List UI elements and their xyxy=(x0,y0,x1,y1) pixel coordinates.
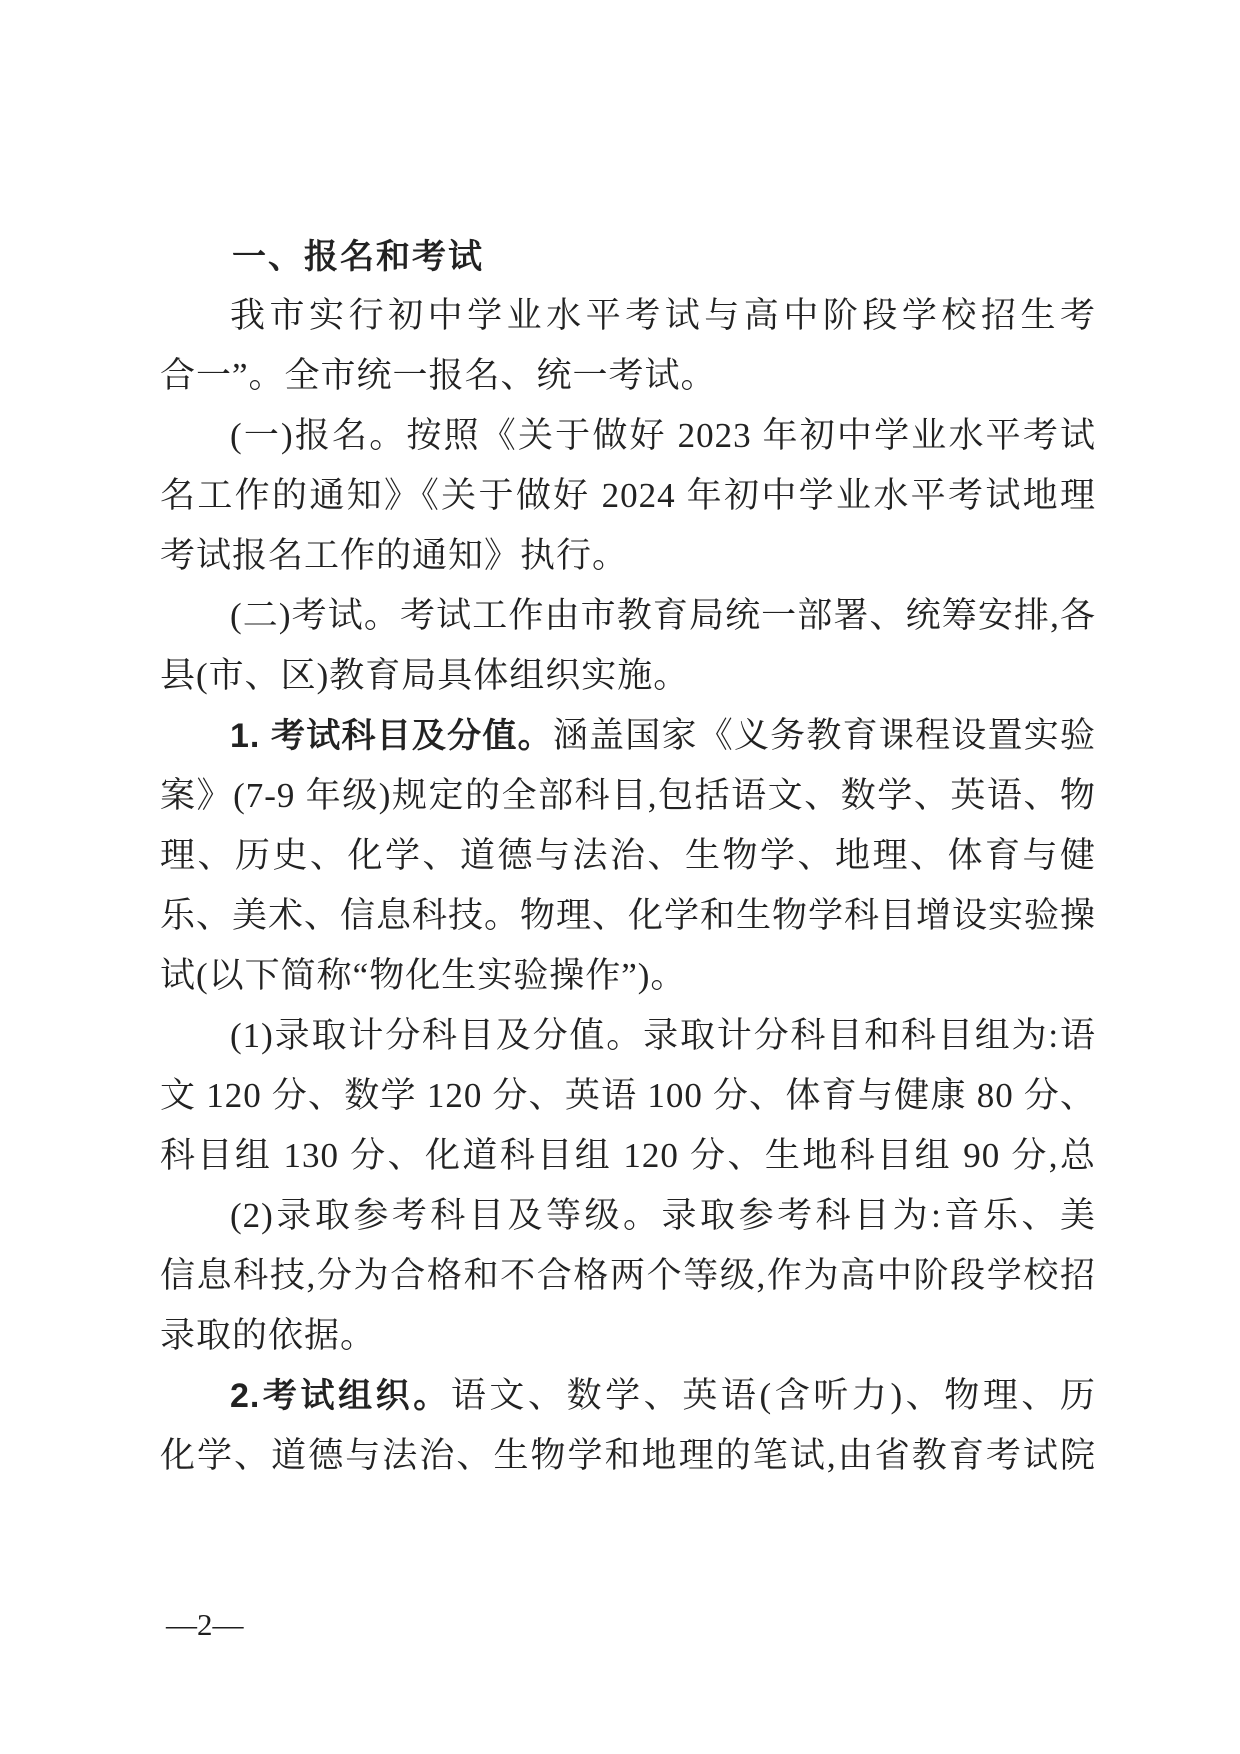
text-line: 合一”。全市统一报名、统一考试。 xyxy=(160,346,1096,406)
text-run: 试(以下简称“物化生实验操作”)。 xyxy=(160,956,686,995)
text-line: 化学、道德与法治、生物学和地理的笔试,由省教育考试院统一 xyxy=(160,1426,1096,1486)
text-line: 2.考试组织。语文、数学、英语(含听力)、物理、历史、 xyxy=(160,1366,1096,1426)
text-line: (二)考试。考试工作由市教育局统一部署、统筹安排,各 xyxy=(160,586,1096,646)
section-heading: 一、报名和考试 xyxy=(160,226,1096,286)
page-number: —2— xyxy=(166,1604,244,1646)
text-run: 科目组 130 分、化道科目组 120 分、生地科目组 90 分,总分 760。 xyxy=(160,1136,1096,1186)
text-line: 县(市、区)教育局具体组织实施。 xyxy=(160,646,1096,706)
text-run: 合一”。全市统一报名、统一考试。 xyxy=(160,356,717,395)
text-line: 案》(7-9 年级)规定的全部科目,包括语文、数学、英语、物 xyxy=(160,766,1096,826)
text-line: 科目组 130 分、化道科目组 120 分、生地科目组 90 分,总分 760。 xyxy=(160,1126,1096,1186)
document-page: 一、报名和考试我市实行初中学业水平考试与高中阶段学校招生考试“两考合一”。全市统… xyxy=(0,0,1240,1754)
text-run: 文 120 分、数学 120 分、英语 100 分、体育与健康 80 分、物史 xyxy=(160,1076,1096,1126)
text-line: (1)录取计分科目及分值。录取计分科目和科目组为:语 xyxy=(160,1006,1096,1066)
text-run: 信息科技,分为合格和不合格两个等级,作为高中阶段学校招生 xyxy=(160,1256,1096,1306)
text-line: (一)报名。按照《关于做好 2023 年初中学业水平考试报 xyxy=(160,406,1096,466)
text-run: 县(市、区)教育局具体组织实施。 xyxy=(160,656,689,695)
text-line: 理、历史、化学、道德与法治、生物学、地理、体育与健康、音 xyxy=(160,826,1096,886)
text-run: 案》(7-9 年级)规定的全部科目,包括语文、数学、英语、物 xyxy=(160,776,1096,815)
text-run: (2)录取参考科目及等级。录取参考科目为:音乐、美术、 xyxy=(160,1196,1096,1246)
text-line: 录取的依据。 xyxy=(160,1306,1096,1366)
text-run: 考试报名工作的通知》执行。 xyxy=(160,536,628,575)
text-run: (一)报名。按照《关于做好 2023 年初中学业水平考试报 xyxy=(160,416,1096,466)
text-line: 名工作的通知》《关于做好 2024 年初中学业水平考试地理等科目 xyxy=(160,466,1096,526)
document-content: 一、报名和考试我市实行初中学业水平考试与高中阶段学校招生考试“两考合一”。全市统… xyxy=(160,226,1096,1486)
text-run: 化学、道德与法治、生物学和地理的笔试,由省教育考试院统一 xyxy=(160,1436,1096,1486)
text-run: 理、历史、化学、道德与法治、生物学、地理、体育与健康、音 xyxy=(160,836,1096,886)
text-run: (二)考试。考试工作由市教育局统一部署、统筹安排,各 xyxy=(230,596,1096,635)
text-run: 录取的依据。 xyxy=(160,1316,376,1355)
text-line: 乐、美术、信息科技。物理、化学和生物学科目增设实验操作考 xyxy=(160,886,1096,946)
text-run: 乐、美术、信息科技。物理、化学和生物学科目增设实验操作考 xyxy=(160,896,1096,946)
text-line: 信息科技,分为合格和不合格两个等级,作为高中阶段学校招生 xyxy=(160,1246,1096,1306)
text-run: (1)录取计分科目及分值。录取计分科目和科目组为:语 xyxy=(230,1016,1096,1055)
text-line: 1. 考试科目及分值。涵盖国家《义务教育课程设置实验方 xyxy=(160,706,1096,766)
text-run: 名工作的通知》《关于做好 2024 年初中学业水平考试地理等科目 xyxy=(160,476,1096,526)
bold-text-run: 1. 考试科目及分值。 xyxy=(230,717,553,755)
bold-text-run: 2.考试组织。 xyxy=(230,1377,451,1415)
text-line: 考试报名工作的通知》执行。 xyxy=(160,526,1096,586)
text-line: 试(以下简称“物化生实验操作”)。 xyxy=(160,946,1096,1006)
text-run: 我市实行初中学业水平考试与高中阶段学校招生考试“两考 xyxy=(160,296,1096,346)
bold-text-run: 一、报名和考试 xyxy=(232,238,484,276)
text-line: (2)录取参考科目及等级。录取参考科目为:音乐、美术、 xyxy=(160,1186,1096,1246)
text-line: 文 120 分、数学 120 分、英语 100 分、体育与健康 80 分、物史 xyxy=(160,1066,1096,1126)
text-line: 我市实行初中学业水平考试与高中阶段学校招生考试“两考 xyxy=(160,286,1096,346)
